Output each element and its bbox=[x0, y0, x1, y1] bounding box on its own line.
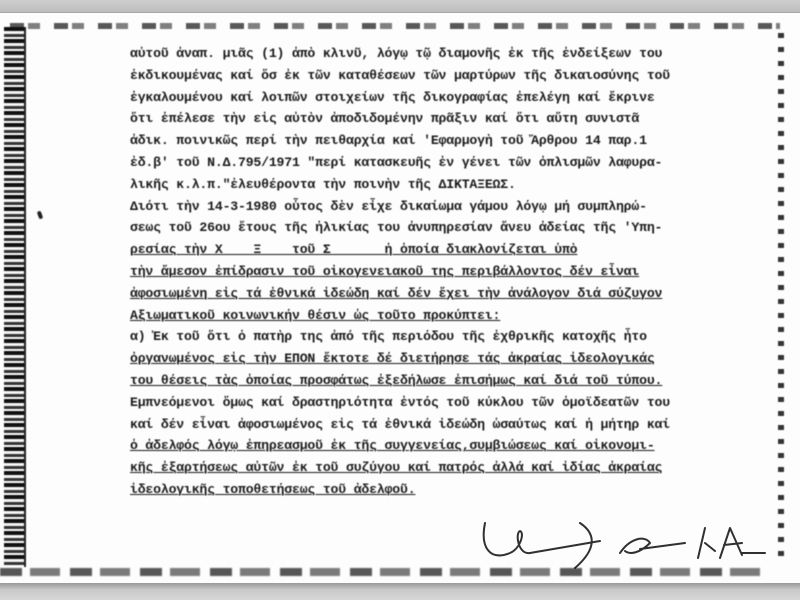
text-line: ἐγκαλουμένου καί λοιπῶν στοιχείων τῆς δι… bbox=[130, 87, 750, 109]
text-line: κῆς ἐξαρτήσεως αὐτῶν ἐκ τοῦ συζύγου καί … bbox=[130, 457, 750, 479]
photocopy-top-edge bbox=[10, 23, 780, 29]
ink-speck bbox=[37, 211, 43, 220]
signature-1 bbox=[484, 523, 600, 568]
text-line: ἀφοσιωμένη εἰς τά ἐθνικά ἰδεώδη καί δέν … bbox=[130, 283, 750, 305]
text-line: Διότι τὴν 14-3-1980 οὗτος δὲν εἶχε δικαί… bbox=[130, 196, 750, 218]
typewritten-body: αὐτοῦ ἀναπ. μιᾶς (1) ἀπὸ κλινῦ, λόγῳ τῷ … bbox=[130, 43, 750, 501]
text-line: ὁ ἀδελφός λόγῳ ἐπηρεασμοῦ ἐκ τῆς συγγενε… bbox=[130, 435, 750, 457]
top-frame-bar bbox=[0, 0, 800, 13]
text-line: τὴν ἄμεσον ἐπίδρασιν τοῦ οἰκογενειακοῦ τ… bbox=[130, 261, 750, 283]
text-line: ὅτι ἐπέλεσε τὴν εἰς αὐτὸν ἀποδιδομένην π… bbox=[130, 108, 750, 130]
signature-3 bbox=[698, 528, 765, 558]
text-line: ἐδ.β' τοῦ Ν.Δ.795/1971 "περί κατασκευῆς … bbox=[130, 152, 750, 174]
text-line: αὐτοῦ ἀναπ. μιᾶς (1) ἀπὸ κλινῦ, λόγῳ τῷ … bbox=[130, 43, 750, 65]
text-line: σεως τοῦ 26ου ἔτους τῆς ἡλικίας του ἀνυπ… bbox=[130, 217, 750, 239]
text-line: α) Ἐκ τοῦ ὅτι ὁ πατὴρ της ἀπό τῆς περιόδ… bbox=[130, 326, 750, 348]
text-line: του θέσεις τὰς ὁποίας προσφάτως ἐξεδήλωσ… bbox=[130, 370, 750, 392]
text-line: ρεσίας τὴν Χ___ Ξ___ τοῦ Σ______ ἡ ὁποία… bbox=[130, 239, 750, 261]
text-line: ἀδικ. ποινικῶς περί τὴν πειθαρχία καί 'Ε… bbox=[130, 130, 750, 152]
handwritten-signatures bbox=[480, 513, 770, 573]
signature-2 bbox=[620, 539, 685, 553]
bottom-frame-bar bbox=[0, 583, 800, 600]
text-line: Αξιωματικοῦ κοινωνικήν θέσιν ὡς τοῦτο πρ… bbox=[130, 305, 750, 327]
right-edge-perforation bbox=[778, 33, 784, 563]
scanned-document-page: αὐτοῦ ἀναπ. μιᾶς (1) ἀπὸ κλινῦ, λόγῳ τῷ … bbox=[0, 13, 800, 583]
text-line: Ἐμπνεόμενοι ὅμως καί δραστηριότητα ἐντός… bbox=[130, 392, 750, 414]
text-line: λικῆς κ.λ.π."ἐλευθέροντα τὴν ποινὴν τῆς … bbox=[130, 174, 750, 196]
text-line: ἰδεολογικῆς τοποθετήσεως τοῦ ἀδελφοῦ. bbox=[130, 479, 750, 501]
text-line: ἐκδικουμένας καί ὅσ ἐκ τῶν καταθέσεων τῶ… bbox=[130, 65, 750, 87]
binding-strip bbox=[4, 27, 26, 567]
text-line: καί δέν εἶναι ἀφοσιωμένος εἰς τά ἐθνικά … bbox=[130, 414, 750, 436]
signatures-area bbox=[480, 513, 770, 573]
photocopy-bottom-edge bbox=[0, 568, 770, 576]
text-line: ὀργανωμένος εἰς τὴν ΕΠΟΝ ἔκτοτε δέ διετή… bbox=[130, 348, 750, 370]
